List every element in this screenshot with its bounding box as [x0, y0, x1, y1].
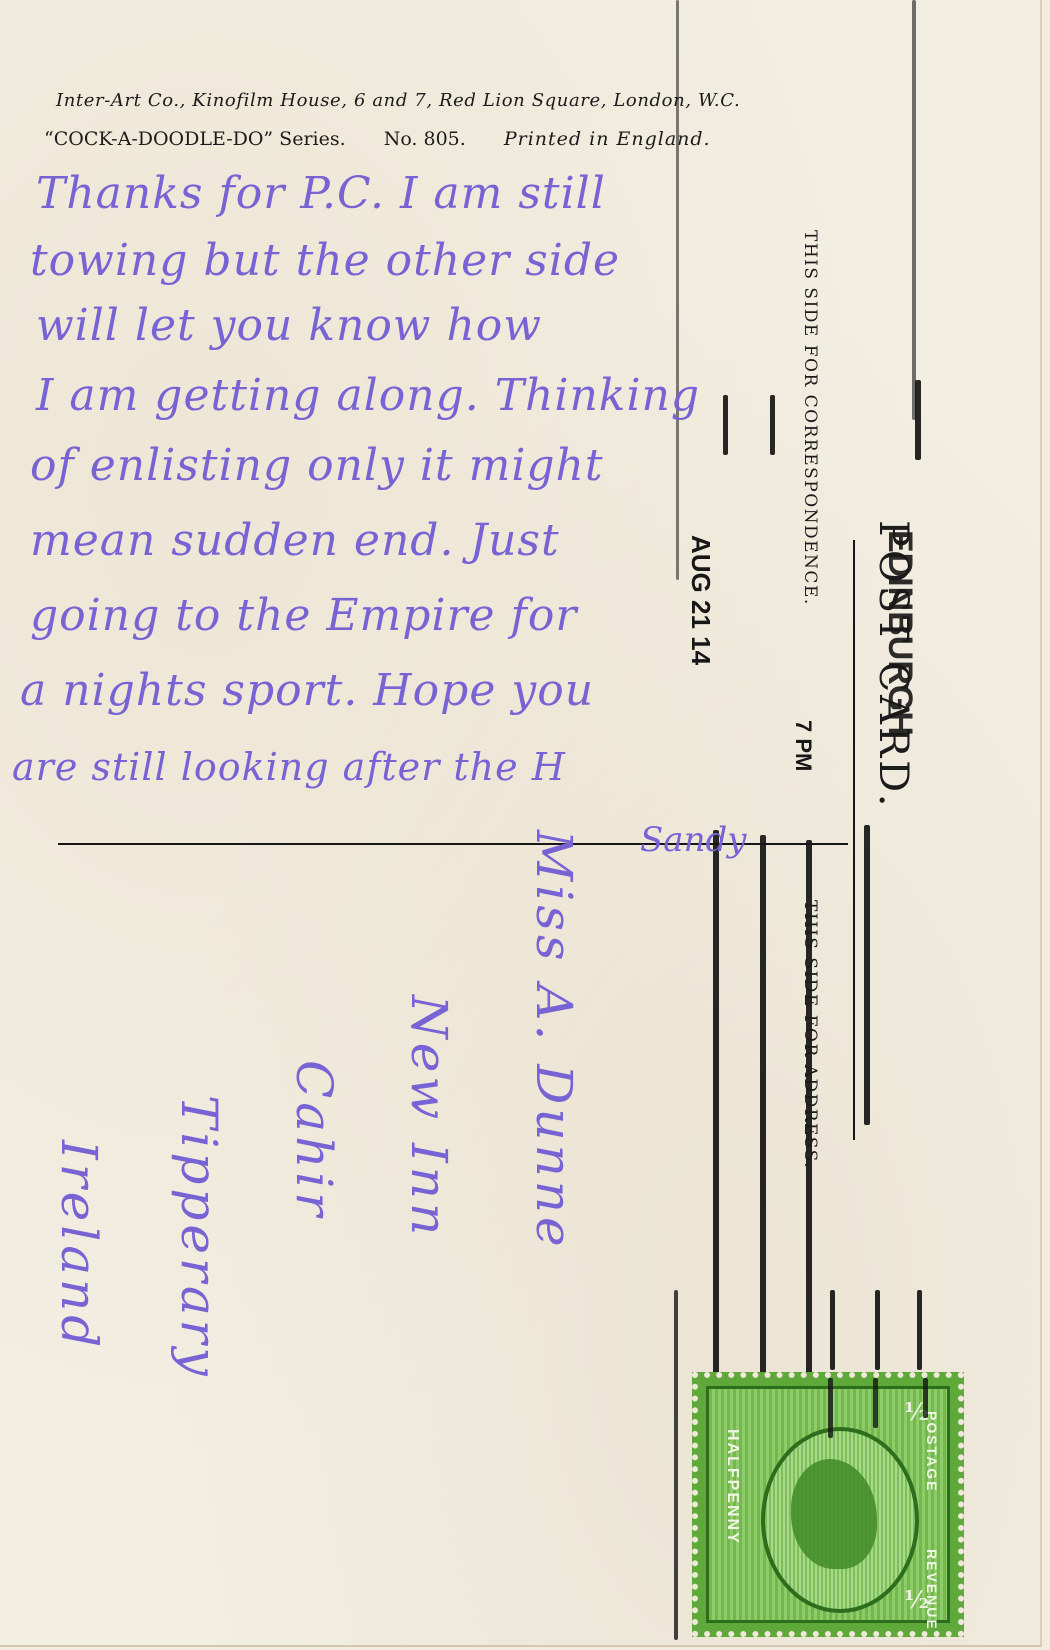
message-line: towing but the other side [30, 235, 620, 286]
halfpenny-stamp: HALFPENNY POSTAGE REVENUE ½ ½ [692, 1372, 964, 1637]
message-line: of enlisting only it might [30, 440, 604, 491]
series-name: “COCK-A-DOODLE-DO” Series. [44, 128, 346, 150]
address-line: Cahir [285, 1060, 343, 1220]
stamp-value-bottom: ½ [904, 1585, 929, 1614]
message-line: I am getting along. Thinking [36, 370, 700, 421]
message-line: Thanks for P.C. I am still [36, 168, 606, 219]
stamp-portrait-oval [761, 1427, 919, 1613]
correspondence-side-label: THIS SIDE FOR CORRESPONDENCE. [800, 230, 820, 606]
message-line: going to the Empire for [30, 590, 577, 641]
postmark-city: EDINBURGH [880, 530, 919, 736]
message-line: mean sudden end. Just [30, 515, 560, 566]
series-line: “COCK-A-DOODLE-DO” Series. No. 805. Prin… [44, 128, 711, 150]
postcard-back: Inter-Art Co., Kinofilm House, 6 and 7, … [0, 0, 1042, 1647]
message-line: a nights sport. Hope you [20, 665, 594, 716]
message-line: will let you know how [36, 300, 542, 351]
address-line: New Inn [400, 995, 458, 1239]
stamp-denomination: HALFPENNY [723, 1429, 741, 1545]
postmark-date: AUG 21 14 [685, 535, 716, 665]
series-number: No. 805. [384, 128, 466, 150]
address-line: Tipperary [170, 1095, 228, 1380]
signature: Sandy [640, 820, 746, 860]
address-line: Miss A. Dunne [525, 830, 583, 1251]
address-side-label: THIS SIDE FOR ADDRESS. [800, 900, 820, 1169]
publisher-line: Inter-Art Co., Kinofilm House, 6 and 7, … [56, 90, 740, 111]
postmark-time: 7 PM [790, 720, 816, 771]
divider-vertical [853, 540, 855, 1140]
printed-in-label: Printed in England. [504, 128, 711, 150]
address-line: Ireland [50, 1140, 108, 1351]
message-line: are still looking after the H [12, 745, 566, 789]
king-portrait-icon [791, 1459, 877, 1569]
